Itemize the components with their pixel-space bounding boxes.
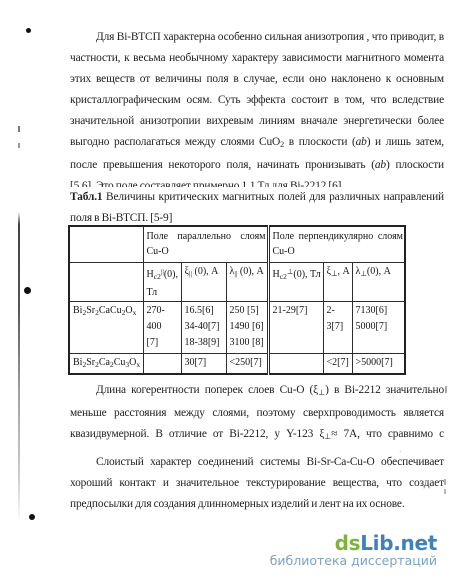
header-lambda-parallel: λ|| (0), A [226,263,268,302]
dslib-logo-ds: ds [335,531,361,555]
document-page: Для Bi-ВТСП характерна особенно сильная … [0,0,450,581]
header-hc2-parallel: Hc2||(0),Тл [143,263,181,302]
header-hc2-perpendicular: Hc2⊥(0), Тл [268,263,323,302]
paragraph-anisotropy: Для Bi-ВТСП характерна особенно сильная … [70,27,444,197]
dslib-logo-libnet: Lib.net [360,531,437,555]
margin-dot-artifact [24,287,31,294]
cell-hc2-par-bi2223 [143,354,181,375]
group-header-perpendicular: Поле перпендикулярно слоям Cu-O [268,226,405,263]
header-empty-cell [69,263,143,302]
header-xi-perpendicular: ξ⊥, A [323,263,352,302]
cell-lambda-par-bi2212: 250 [5]1490 [6]3100 [8] [226,302,268,354]
dslib-subtitle: библиотека диссертаций [270,553,437,568]
cell-hc2-par-bi2212: 270-400[7] [143,302,181,354]
cell-hc2-perp-bi2223 [268,354,323,375]
critical-fields-table-wrap: Поле параллельно слоям Cu-O Поле перпенд… [68,225,406,375]
paragraph-layered-structure: Слоистый характер соединений системы Bi-… [70,452,444,518]
cell-lambda-perp-bi2212: 7130[6]5000[7] [352,302,405,354]
scan-mark-artifact [444,479,446,485]
cell-xi-perp-bi2223: <2[7] [323,354,352,375]
scan-mark-artifact [18,143,20,148]
scan-mark-artifact [444,489,446,494]
scan-mark-artifact [18,126,20,132]
cell-xi-perp-bi2212: 2-3[7] [323,302,352,354]
cell-hc2-perp-bi2212: 21-29[7] [268,302,323,354]
row-label-bi2212: Bi2Sr2CaCu2Ox [69,302,143,354]
margin-dot-artifact [26,28,31,33]
cell-xi-par-bi2223: 30[7] [181,354,226,375]
dslib-logo: dsLib.net [335,533,437,553]
cell-lambda-perp-bi2223: >5000[7] [352,354,405,375]
cell-xi-par-bi2212: 16.5[6]34-40[7]18-38[9] [181,302,226,354]
row-label-bi2223: Bi2Sr2Ca2Cu3Ox [69,354,143,375]
table-corner-cell [69,226,143,263]
critical-fields-table: Поле параллельно слоям Cu-O Поле перпенд… [68,225,406,375]
cell-lambda-par-bi2223: <250[7] [226,354,268,375]
header-lambda-perpendicular: λ⊥(0), A [352,263,405,302]
scan-line-artifact [18,212,20,524]
group-header-parallel: Поле параллельно слоям Cu-O [143,226,268,263]
header-xi-parallel: ξ|| (0), A [181,263,226,302]
scan-mark-artifact [445,386,447,393]
margin-dot-artifact [29,514,35,520]
